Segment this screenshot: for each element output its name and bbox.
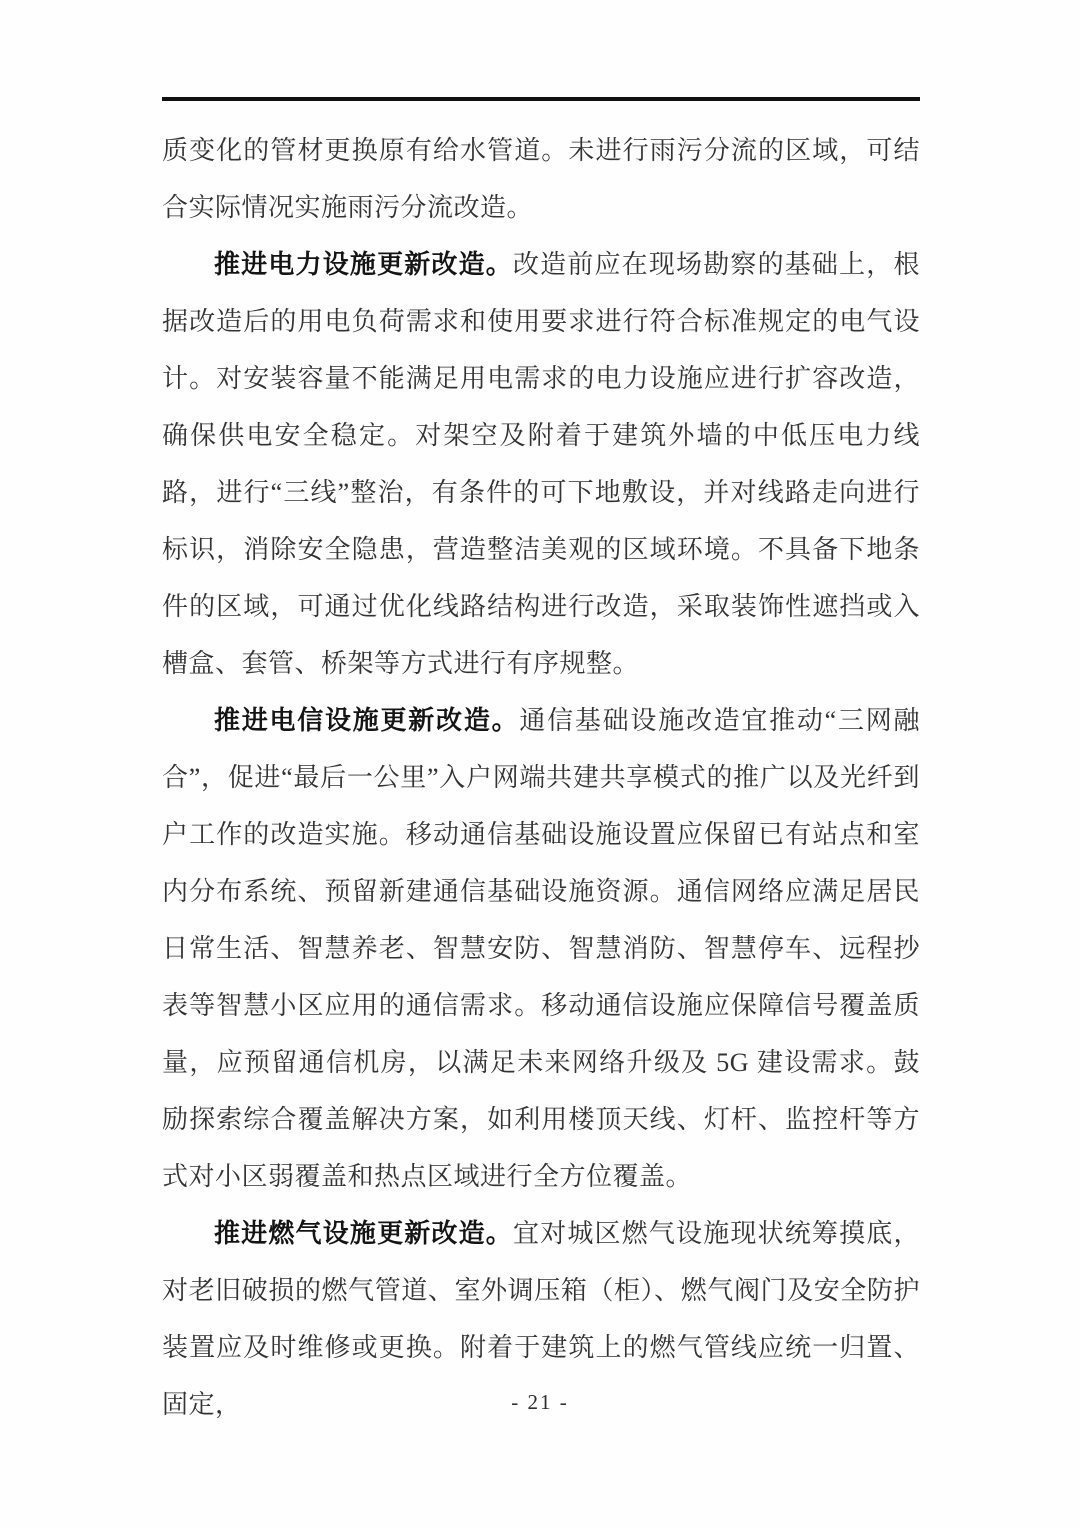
page-number: - 21 - (511, 1390, 569, 1414)
page-content: 质变化的管材更换原有给水管道。未进行雨污分流的区域，可结合实际情况实施雨污分流改… (162, 122, 920, 1433)
paragraph-continued: 质变化的管材更换原有给水管道。未进行雨污分流的区域，可结合实际情况实施雨污分流改… (162, 122, 920, 236)
paragraph-electric-facilities: 推进电力设施更新改造。改造前应在现场勘察的基础上，根据改造后的用电负荷需求和使用… (162, 236, 920, 692)
header-rule (162, 97, 920, 101)
paragraph-text: 宜对城区燃气设施现状统筹摸底，对老旧破损的燃气管道、室外调压箱（柜）、燃气阀门及… (162, 1219, 920, 1419)
paragraph-lead: 推进燃气设施更新改造。 (214, 1219, 513, 1248)
paragraph-text: 改造前应在现场勘察的基础上，根据改造后的用电负荷需求和使用要求进行符合标准规定的… (162, 250, 920, 678)
paragraph-telecom-facilities: 推进电信设施更新改造。通信基础设施改造宜推动“三网融合”，促进“最后一公里”入户… (162, 692, 920, 1205)
document-page: 质变化的管材更换原有给水管道。未进行雨污分流的区域，可结合实际情况实施雨污分流改… (0, 0, 1080, 1528)
paragraph-lead: 推进电信设施更新改造。 (214, 706, 519, 735)
paragraph-text: 质变化的管材更换原有给水管道。未进行雨污分流的区域，可结合实际情况实施雨污分流改… (162, 136, 920, 222)
paragraph-text: 通信基础设施改造宜推动“三网融合”，促进“最后一公里”入户网端共建共享模式的推广… (162, 706, 920, 1191)
page-footer: - 21 - (0, 1390, 1080, 1415)
paragraph-lead: 推进电力设施更新改造。 (214, 250, 513, 279)
